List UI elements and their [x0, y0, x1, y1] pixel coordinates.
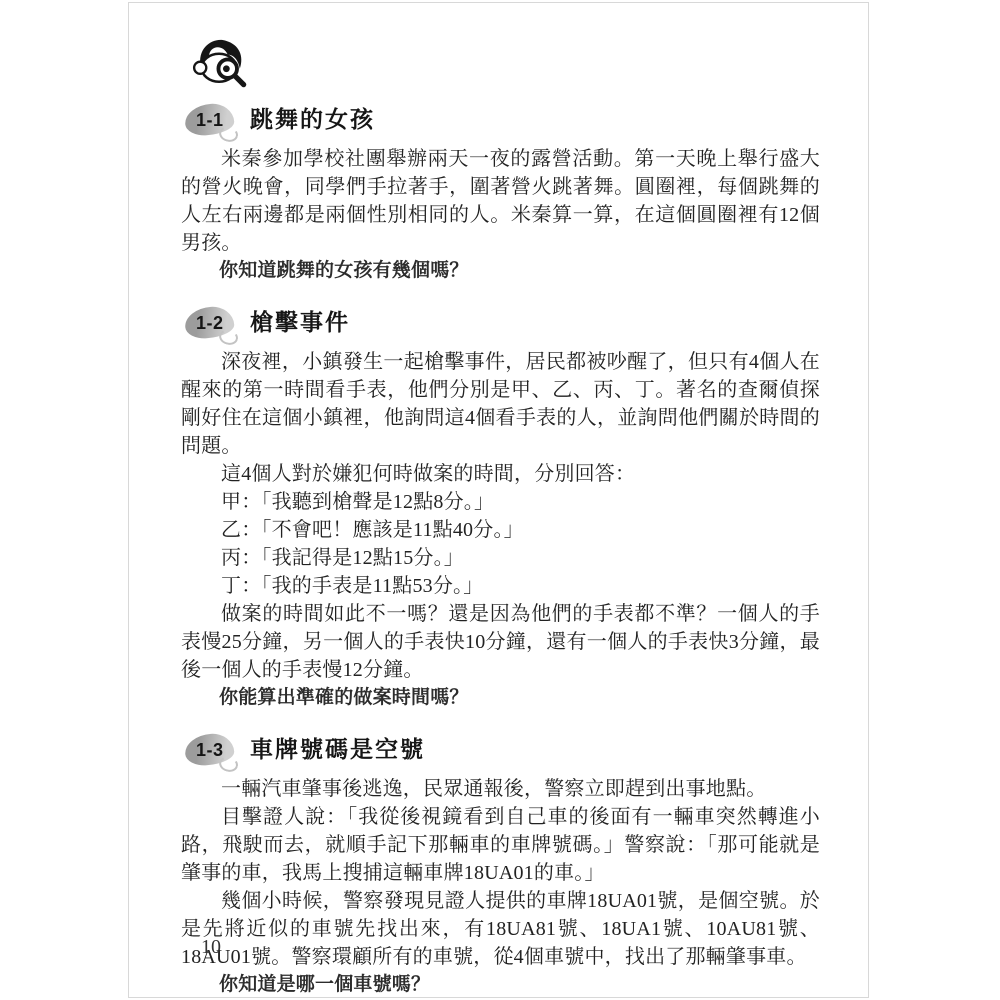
question-paragraph: 你知道跳舞的女孩有幾個嗎？	[181, 257, 820, 285]
dialogue-line: 丁：「我的手表是11點53分。」	[181, 572, 820, 600]
section-number: 1-2	[196, 314, 224, 332]
section-title: 槍擊事件	[250, 309, 350, 337]
section-1-3-header: 1-3 車牌號碼是空號	[185, 734, 820, 765]
question-paragraph: 你能算出準確的做案時間嗎？	[181, 684, 820, 712]
section-1-1: 1-1 跳舞的女孩 米秦參加學校社團舉辦兩天一夜的露營活動。第一天晚上舉行盛大的…	[181, 104, 820, 285]
dialogue-line: 乙：「不會吧！應該是11點40分。」	[181, 516, 820, 544]
page-number: 10	[201, 936, 221, 959]
section-1-2-header: 1-2 槍擊事件	[185, 307, 820, 338]
paragraph: 目擊證人說：「我從後視鏡看到自己車的後面有一輛車突然轉進小路，飛駛而去，就順手記…	[181, 803, 820, 887]
detective-with-magnifying-glass-icon	[189, 33, 251, 89]
dialogue-line: 丙：「我記得是12點15分。」	[181, 544, 820, 572]
section-1-2: 1-2 槍擊事件 深夜裡，小鎮發生一起槍擊事件，居民都被吵醒了，但只有4個人在醒…	[181, 307, 820, 712]
section-number-bubble: 1-2	[184, 305, 235, 339]
section-number-bubble: 1-3	[184, 732, 235, 766]
question-paragraph: 你知道是哪一個車號嗎？	[181, 971, 820, 999]
paragraph: 這4個人對於嫌犯何時做案的時間，分別回答：	[181, 460, 820, 488]
section-number-bubble: 1-1	[184, 102, 235, 136]
book-page: 1-1 跳舞的女孩 米秦參加學校社團舉辦兩天一夜的露營活動。第一天晚上舉行盛大的…	[128, 2, 869, 998]
section-number: 1-3	[196, 741, 224, 759]
section-number: 1-1	[196, 111, 224, 129]
section-1-3: 1-3 車牌號碼是空號 一輛汽車肇事後逃逸，民眾通報後，警察立即趕到出事地點。 …	[181, 734, 820, 999]
paragraph: 米秦參加學校社團舉辦兩天一夜的露營活動。第一天晚上舉行盛大的營火晚會，同學們手拉…	[181, 145, 820, 257]
paragraph: 一輛汽車肇事後逃逸，民眾通報後，警察立即趕到出事地點。	[181, 775, 820, 803]
paragraph: 深夜裡，小鎮發生一起槍擊事件，居民都被吵醒了，但只有4個人在醒來的第一時間看手表…	[181, 348, 820, 460]
paragraph: 做案的時間如此不一嗎？還是因為他們的手表都不準？一個人的手表慢25分鐘，另一個人…	[181, 600, 820, 684]
book-page-photo: 1-1 跳舞的女孩 米秦參加學校社團舉辦兩天一夜的露營活動。第一天晚上舉行盛大的…	[0, 0, 1000, 1000]
section-title: 車牌號碼是空號	[250, 736, 425, 764]
paragraph: 幾個小時候，警察發現見證人提供的車牌18UA01號，是個空號。於是先將近似的車號…	[181, 887, 820, 971]
section-title: 跳舞的女孩	[250, 106, 375, 134]
section-1-1-header: 1-1 跳舞的女孩	[185, 104, 820, 135]
dialogue-line: 甲：「我聽到槍聲是12點8分。」	[181, 488, 820, 516]
